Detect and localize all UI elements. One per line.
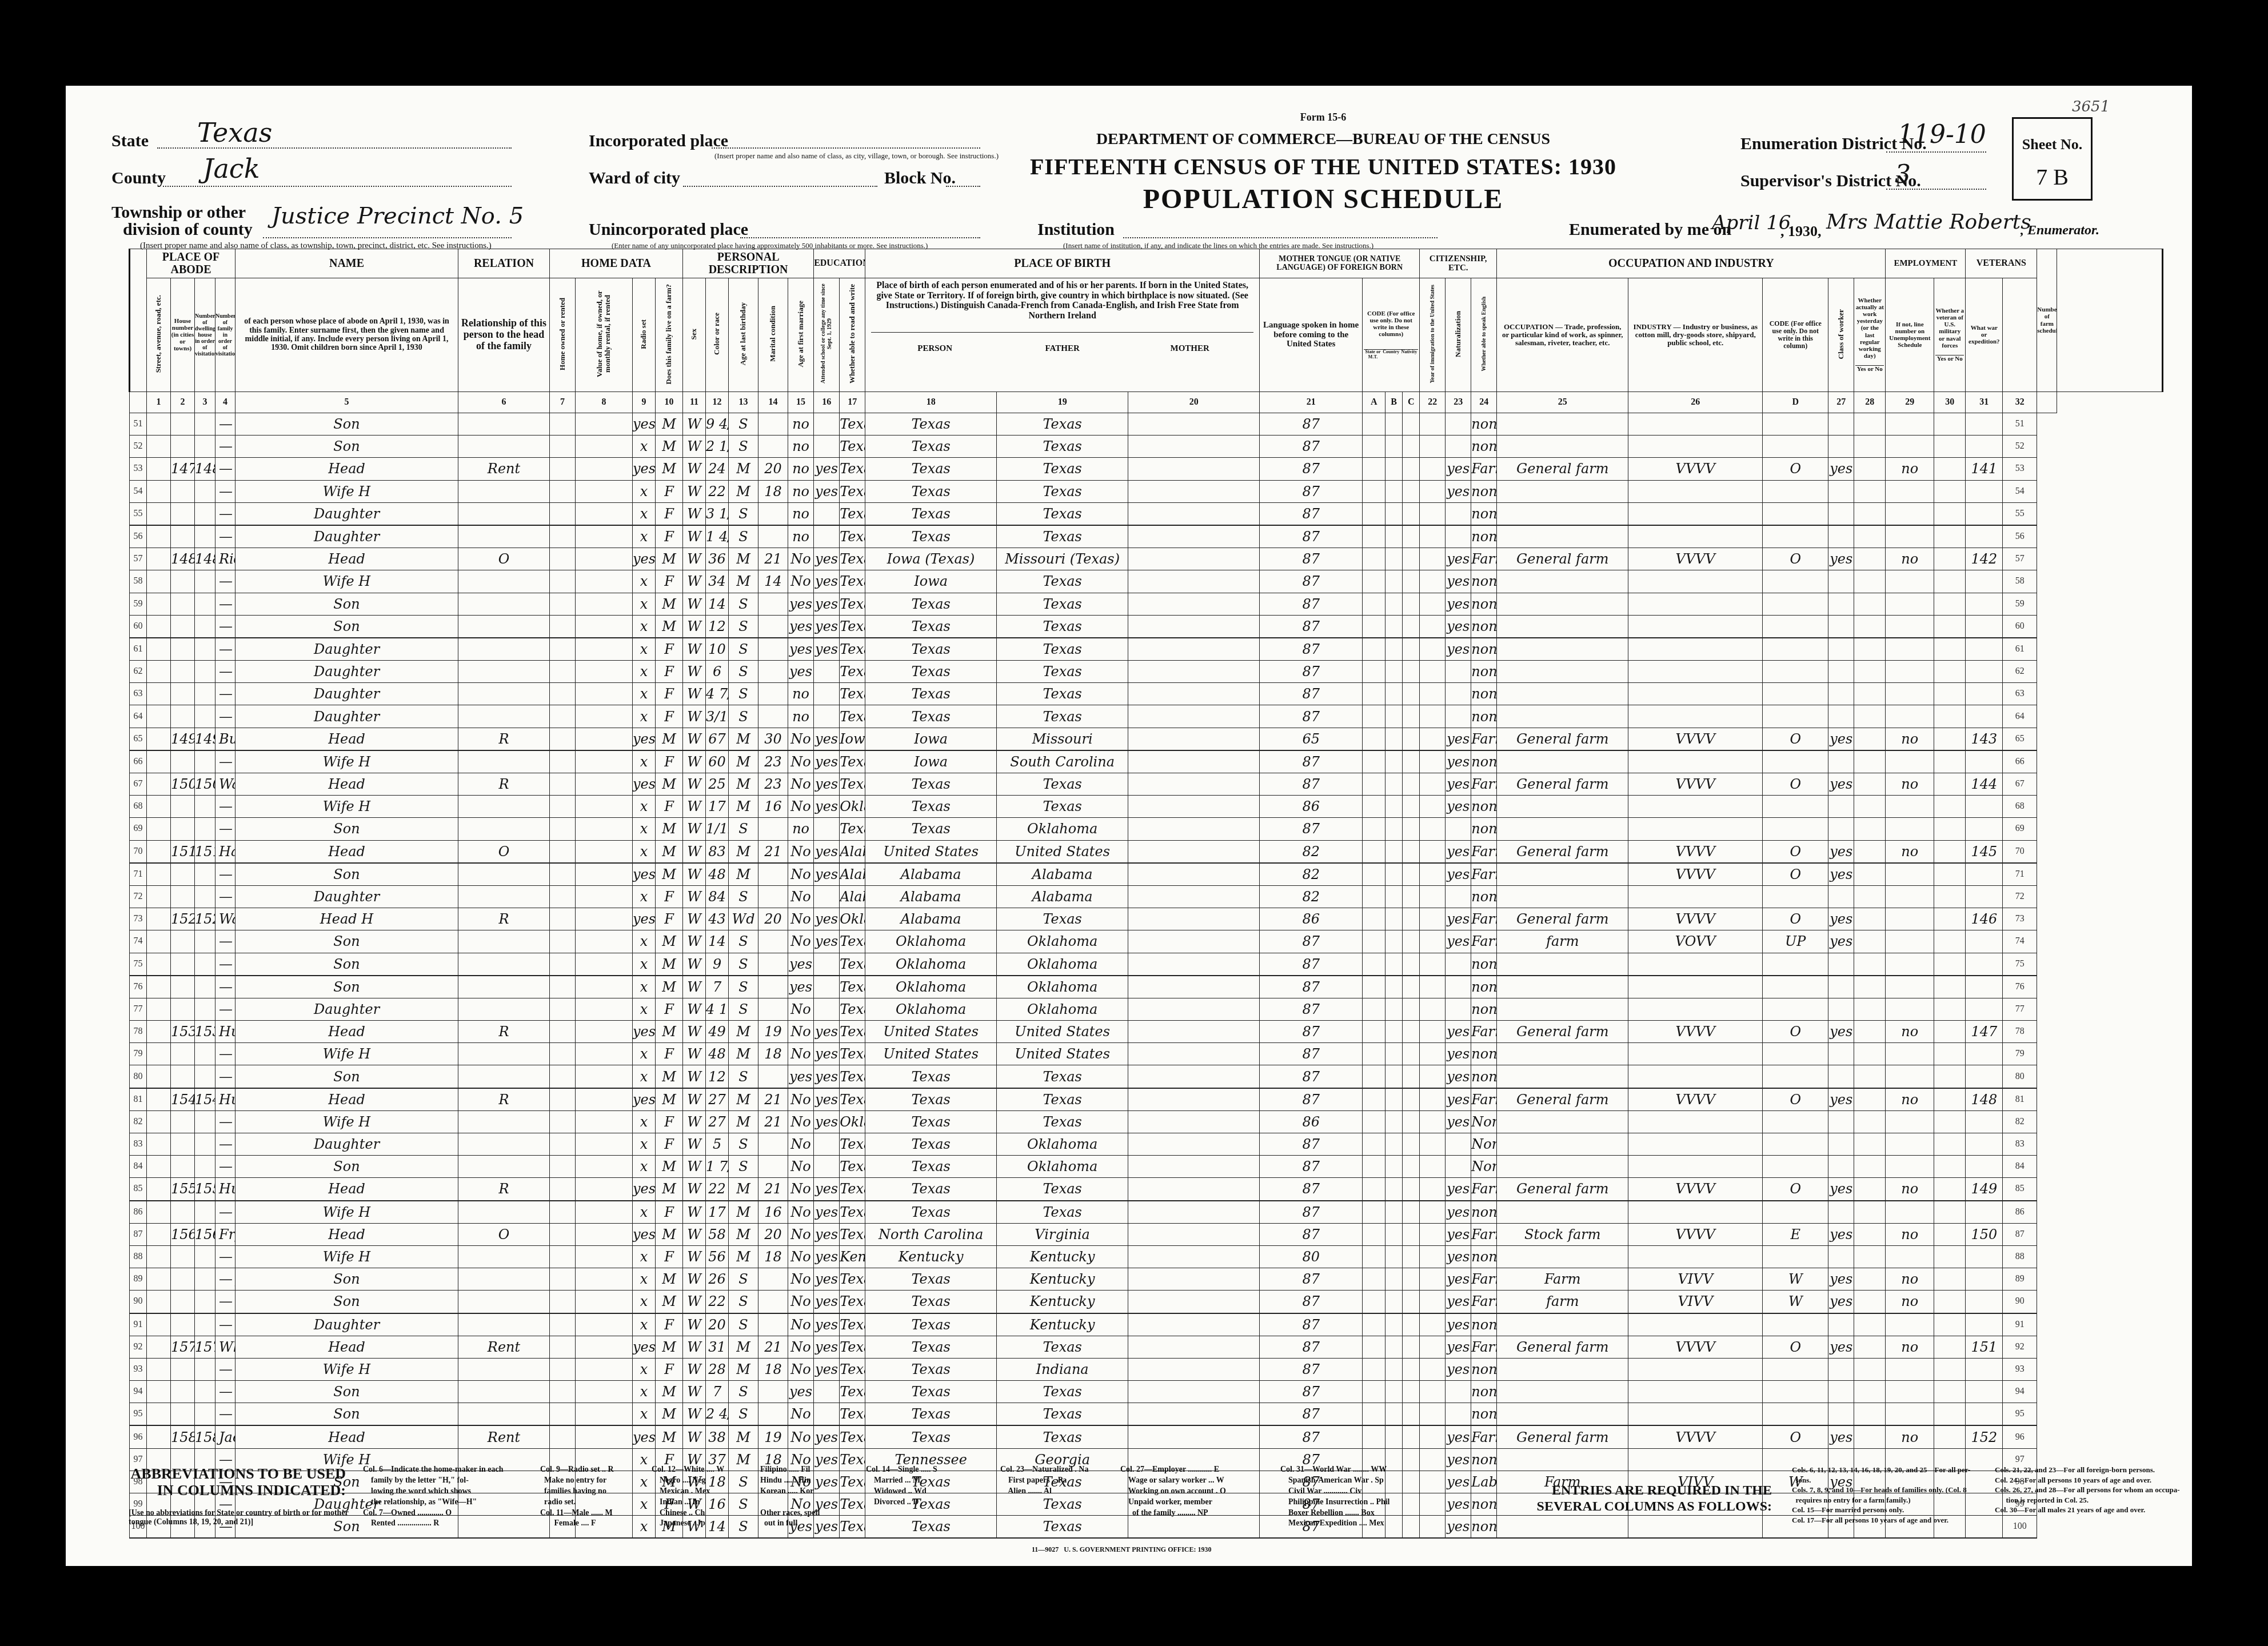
person-name: Harris Clay V — [215, 840, 235, 863]
lives-on-farm: x — [633, 1133, 656, 1156]
sex: M — [656, 548, 683, 570]
marital-status: M — [729, 750, 758, 773]
table-row: 89— JimSonxMW26SNoyesTexasTexasKentucky8… — [130, 1268, 2163, 1291]
lives-on-farm: x — [633, 615, 656, 638]
home-tenure — [458, 1403, 550, 1426]
marital-status: S — [729, 1403, 758, 1426]
birthplace-father: Texas — [865, 1088, 997, 1111]
state-code: 65 — [1260, 728, 1363, 750]
veteran — [1886, 885, 1934, 908]
empty-cell — [1420, 1291, 1446, 1313]
sex: F — [656, 661, 683, 683]
industry — [1497, 1245, 1628, 1268]
lives-on-farm: x — [633, 638, 656, 661]
birthplace-father: Texas — [865, 436, 997, 458]
state-code: 87 — [1260, 1358, 1363, 1380]
at-work: yes — [1828, 1178, 1854, 1201]
empty-cell — [1403, 818, 1420, 840]
occupation: Farmer — [1471, 863, 1497, 886]
empty-cell — [1420, 1358, 1446, 1380]
column-number-row: 123456789101112131415161718192021ABC2223… — [130, 392, 2163, 413]
empty-cell — [1128, 1313, 1260, 1336]
relation: Head — [235, 1088, 458, 1111]
empty-cell — [1420, 1516, 1446, 1539]
empty-cell — [1385, 818, 1403, 840]
empty-cell — [550, 728, 576, 750]
speaks-english: yes — [1446, 840, 1471, 863]
empty-cell — [1420, 683, 1446, 705]
table-row: 75— JohnSonxMW9SyesTexasOklahomaOklahoma… — [130, 953, 2163, 976]
industry — [1497, 750, 1628, 773]
attended-school: No — [788, 1245, 814, 1268]
birthplace-father: Texas — [865, 1110, 997, 1133]
class-of-worker — [1763, 661, 1828, 683]
empty-cell — [147, 1291, 171, 1313]
empty-cell — [1403, 1156, 1420, 1178]
empty-cell — [1934, 480, 1966, 502]
empty-cell — [147, 1223, 171, 1245]
relation: Son — [235, 1381, 458, 1403]
veteran — [1886, 908, 1934, 930]
age: 7 — [706, 976, 729, 998]
birthplace-mother: Oklahoma — [997, 818, 1128, 840]
lives-on-farm: yes — [633, 1088, 656, 1111]
empty-cell — [1420, 1448, 1446, 1471]
speaks-english: yes — [1446, 548, 1471, 570]
col-num-blank-right — [2037, 392, 2057, 413]
person-name: — Pauline — [215, 1313, 235, 1336]
empty-cell — [1385, 908, 1403, 930]
speaks-english: yes — [1446, 1471, 1471, 1493]
empty-cell — [1403, 1043, 1420, 1065]
relation: Son — [235, 1403, 458, 1426]
marital-status: M — [729, 570, 758, 593]
at-work — [1828, 1156, 1854, 1178]
veteran: no — [1886, 773, 1934, 796]
occupation-code: VVVV — [1628, 548, 1763, 570]
veteran — [1886, 1133, 1934, 1156]
birthplace-mother: Oklahoma — [997, 1133, 1128, 1156]
relation: Daughter — [235, 1313, 458, 1336]
class-of-worker — [1763, 750, 1828, 773]
race: W — [683, 615, 706, 638]
person-name: Huffman William E — [215, 1021, 235, 1043]
class-of-worker — [1763, 705, 1828, 728]
class-of-worker: O — [1763, 1021, 1828, 1043]
empty-cell — [1363, 863, 1385, 886]
relation: Daughter — [235, 705, 458, 728]
age-first-marriage — [758, 1133, 788, 1156]
dwelling-number — [171, 1245, 195, 1268]
relation: Head — [235, 1178, 458, 1201]
veteran — [1886, 930, 1934, 953]
race: W — [683, 1156, 706, 1178]
family-number — [195, 1381, 215, 1403]
empty-cell — [1934, 818, 1966, 840]
veteran — [1886, 818, 1934, 840]
occupation-code — [1628, 998, 1763, 1020]
empty-cell — [1934, 525, 1966, 548]
empty-cell — [1403, 593, 1420, 615]
empty-cell — [1403, 773, 1420, 796]
family-number — [195, 818, 215, 840]
line-number-right: 88 — [2003, 1245, 2037, 1268]
home-tenure — [458, 796, 550, 818]
empty-cell — [1420, 1245, 1446, 1268]
state-code: 87 — [1260, 1381, 1363, 1403]
home-tenure — [458, 1133, 550, 1156]
occupation: Farmer — [1471, 458, 1497, 480]
line-number: 57 — [130, 548, 147, 570]
relation: Head — [235, 773, 458, 796]
marital-status: M — [729, 863, 758, 886]
farm-schedule-number — [1966, 638, 2003, 661]
age-first-marriage — [758, 525, 788, 548]
race: W — [683, 1201, 706, 1224]
family-number: 148 — [195, 458, 215, 480]
marital-status: S — [729, 1268, 758, 1291]
attended-school: No — [788, 1358, 814, 1380]
state-label: State — [111, 131, 149, 151]
header-c6: Relationship of this person to the head … — [458, 278, 550, 392]
marital-status: M — [729, 1021, 758, 1043]
sex: M — [656, 1088, 683, 1111]
table-row: 74— AndrewSonxMW14SNoyesTexasOklahomaOkl… — [130, 930, 2163, 953]
attended-school: No — [788, 548, 814, 570]
can-read-write: yes — [814, 1313, 840, 1336]
line-number: 76 — [130, 976, 147, 998]
race: W — [683, 1313, 706, 1336]
birthplace-father: Iowa — [865, 570, 997, 593]
column-number: 2 — [171, 392, 195, 413]
occupation-code: VVVV — [1628, 1336, 1763, 1358]
dwelling-number: 157 — [171, 1336, 195, 1358]
empty-cell — [1934, 683, 1966, 705]
occupation-code — [1628, 436, 1763, 458]
speaks-english: yes — [1446, 1516, 1471, 1539]
at-work — [1828, 750, 1854, 773]
age-first-marriage: 19 — [758, 1425, 788, 1448]
empty-cell — [147, 998, 171, 1020]
column-number: C — [1403, 392, 1420, 413]
lives-on-farm: x — [633, 593, 656, 615]
home-tenure: Rent — [458, 1425, 550, 1448]
birthplace-mother: United States — [997, 1021, 1128, 1043]
home-tenure — [458, 1291, 550, 1313]
farm-schedule-number: 143 — [1966, 728, 2003, 750]
dwelling-number — [171, 1403, 195, 1426]
line-number-right: 92 — [2003, 1336, 2037, 1358]
header-birth-note: Place of birth of each person enumerated… — [865, 278, 1260, 392]
empty-cell — [1363, 1110, 1385, 1133]
line-number-right: 66 — [2003, 750, 2037, 773]
attended-school: No — [788, 1021, 814, 1043]
group-place-of-birth: PLACE OF BIRTH — [865, 249, 1260, 278]
dwelling-number: 158 — [171, 1425, 195, 1448]
empty-cell — [147, 908, 171, 930]
dwelling-number — [171, 570, 195, 593]
at-work — [1828, 1065, 1854, 1088]
empty-cell — [147, 1313, 171, 1336]
empty-cell — [147, 525, 171, 548]
farm-schedule-number — [1966, 683, 2003, 705]
empty-cell — [1403, 1493, 1420, 1516]
empty-cell — [1385, 1223, 1403, 1245]
empty-cell — [1128, 1403, 1260, 1426]
empty-cell — [1363, 525, 1385, 548]
sex: M — [656, 773, 683, 796]
age: 48 — [706, 863, 729, 886]
class-of-worker — [1763, 593, 1828, 615]
speaks-english: yes — [1446, 1110, 1471, 1133]
birthplace-person: Texas — [840, 1516, 865, 1539]
class-of-worker: E — [1763, 1223, 1828, 1245]
occupation-code — [1628, 750, 1763, 773]
header-c15: Age at first marriage — [788, 278, 814, 392]
column-number: 24 — [1471, 392, 1497, 413]
industry — [1497, 661, 1628, 683]
birthplace-father: Texas — [865, 1403, 997, 1426]
speaks-english: yes — [1446, 1021, 1471, 1043]
class-of-worker — [1763, 1201, 1828, 1224]
empty-cell — [1934, 1110, 1966, 1133]
empty-cell — [1420, 885, 1446, 908]
line-number: 64 — [130, 705, 147, 728]
attended-school: No — [788, 1156, 814, 1178]
line-number-right: 71 — [2003, 863, 2037, 886]
marital-status: M — [729, 1336, 758, 1358]
sex: F — [656, 998, 683, 1020]
birthplace-mother: Texas — [997, 1516, 1128, 1539]
industry: General farm — [1497, 1178, 1628, 1201]
empty-cell — [550, 1425, 576, 1448]
sex: M — [656, 593, 683, 615]
table-row: 66— BlancheWife HxFW60M23NoyesTexasIowaS… — [130, 750, 2163, 773]
occupation-code — [1628, 1133, 1763, 1156]
occupation-code: VVVV — [1628, 728, 1763, 750]
speaks-english: yes — [1446, 1268, 1471, 1291]
class-of-worker — [1763, 638, 1828, 661]
dwelling-number — [171, 705, 195, 728]
at-work — [1828, 593, 1854, 615]
group-veterans: VETERANS — [1966, 249, 2037, 278]
can-read-write — [814, 1381, 840, 1403]
empty-cell — [1854, 885, 1886, 908]
birthplace-father: Texas — [865, 796, 997, 818]
empty-cell — [1854, 661, 1886, 683]
column-number: 9 — [633, 392, 656, 413]
line-number: 77 — [130, 998, 147, 1020]
empty-cell — [1934, 1336, 1966, 1358]
family-number: 156 — [195, 1223, 215, 1245]
attended-school: no — [788, 458, 814, 480]
family-number — [195, 953, 215, 976]
veteran — [1886, 750, 1934, 773]
empty-cell — [147, 818, 171, 840]
empty-cell — [550, 1291, 576, 1313]
table-row: 91— PaulineDaughterxFW20SNoyesTexasTexas… — [130, 1313, 2163, 1336]
empty-cell — [550, 525, 576, 548]
dwelling-number — [171, 1291, 195, 1313]
state-code: 87 — [1260, 1156, 1363, 1178]
veteran — [1886, 570, 1934, 593]
family-number — [195, 1201, 215, 1224]
sex: F — [656, 885, 683, 908]
line-number-right: 57 — [2003, 548, 2037, 570]
state-code: 87 — [1260, 1043, 1363, 1065]
home-tenure — [458, 615, 550, 638]
empty-cell — [576, 1268, 633, 1291]
line-number: 70 — [130, 840, 147, 863]
birthplace-mother: Oklahoma — [997, 1156, 1128, 1178]
state-code: 87 — [1260, 413, 1363, 436]
relation: Son — [235, 436, 458, 458]
person-name: — Berle D — [215, 1156, 235, 1178]
empty-cell — [576, 796, 633, 818]
age-first-marriage — [758, 976, 788, 998]
marital-status: S — [729, 413, 758, 436]
empty-cell — [147, 1381, 171, 1403]
empty-cell — [1385, 885, 1403, 908]
header-c2: House number (in cities or towns) — [171, 278, 195, 392]
speaks-english: yes — [1446, 1178, 1471, 1201]
birthplace-mother: Texas — [997, 525, 1128, 548]
occupation: Farm Laborer — [1471, 1268, 1497, 1291]
veteran — [1886, 502, 1934, 525]
empty-cell — [1403, 885, 1420, 908]
sex: F — [656, 1358, 683, 1380]
line-number-right: 63 — [2003, 683, 2037, 705]
birthplace-person: Alabama — [840, 885, 865, 908]
race: W — [683, 728, 706, 750]
relation: Son — [235, 1268, 458, 1291]
attended-school: yes — [788, 638, 814, 661]
dwelling-number — [171, 998, 195, 1020]
birthplace-mother: Texas — [997, 1110, 1128, 1133]
industry — [1497, 796, 1628, 818]
can-read-write — [814, 953, 840, 976]
farm-schedule-number — [1966, 930, 2003, 953]
person-name: Fry George L — [215, 1223, 235, 1245]
class-of-worker: O — [1763, 1178, 1828, 1201]
lives-on-farm: x — [633, 953, 656, 976]
line-number-right: 86 — [2003, 1201, 2037, 1224]
empty-cell — [576, 1065, 633, 1088]
birthplace-mother: Texas — [997, 638, 1128, 661]
sex: M — [656, 953, 683, 976]
speaks-english: yes — [1446, 1448, 1471, 1471]
birthplace-person: Texas — [840, 1448, 865, 1471]
line-number-right: 95 — [2003, 1403, 2037, 1426]
home-tenure — [458, 750, 550, 773]
lives-on-farm: yes — [633, 728, 656, 750]
farm-schedule-number — [1966, 502, 2003, 525]
blank-col-right — [2057, 249, 2163, 392]
sex: F — [656, 796, 683, 818]
home-tenure: R — [458, 728, 550, 750]
birthplace-person: Texas — [840, 615, 865, 638]
marital-status: M — [729, 480, 758, 502]
sex: F — [656, 705, 683, 728]
empty-cell — [1403, 1291, 1420, 1313]
birthplace-person: Texas — [840, 773, 865, 796]
empty-cell — [550, 593, 576, 615]
dwelling-number: 154 — [171, 1088, 195, 1111]
race: W — [683, 480, 706, 502]
empty-cell — [1934, 1043, 1966, 1065]
person-name: — Donald D — [215, 1403, 235, 1426]
age-first-marriage — [758, 1403, 788, 1426]
empty-cell — [1420, 1268, 1446, 1291]
empty-cell — [1363, 1088, 1385, 1111]
empty-cell — [1385, 570, 1403, 593]
empty-cell — [1385, 930, 1403, 953]
speaks-english: yes — [1446, 1223, 1471, 1245]
column-number: 11 — [683, 392, 706, 413]
empty-cell — [1363, 1178, 1385, 1201]
line-number: 66 — [130, 750, 147, 773]
empty-cell — [550, 773, 576, 796]
empty-cell — [1934, 458, 1966, 480]
header-c4: Number of family in order of visitation — [215, 278, 235, 392]
empty-cell — [1854, 638, 1886, 661]
veteran — [1886, 480, 1934, 502]
occupation: none — [1471, 885, 1497, 908]
empty-cell — [550, 1245, 576, 1268]
farm-schedule-number: 151 — [1966, 1336, 2003, 1358]
class-of-worker — [1763, 570, 1828, 593]
family-number — [195, 525, 215, 548]
sex: M — [656, 818, 683, 840]
can-read-write: yes — [814, 930, 840, 953]
empty-cell — [576, 638, 633, 661]
birthplace-father: Iowa — [865, 728, 997, 750]
empty-cell — [1420, 436, 1446, 458]
home-tenure — [458, 705, 550, 728]
age: 1/12 — [706, 818, 729, 840]
person-name: — George — [215, 976, 235, 998]
marital-status: S — [729, 1156, 758, 1178]
empty-cell — [1934, 1201, 1966, 1224]
township-value: Justice Precinct No. 5 — [271, 203, 524, 229]
age-first-marriage — [758, 1268, 788, 1291]
marital-status: S — [729, 930, 758, 953]
home-tenure — [458, 1358, 550, 1380]
class-of-worker — [1763, 1110, 1828, 1133]
empty-cell — [1934, 705, 1966, 728]
empty-cell — [576, 773, 633, 796]
dwelling-number — [171, 436, 195, 458]
farm-schedule-number — [1966, 1291, 2003, 1313]
farm-schedule-number — [1966, 661, 2003, 683]
empty-cell — [1128, 615, 1260, 638]
family-number — [195, 1291, 215, 1313]
header-c5: of each person whose place of abode on A… — [235, 278, 458, 392]
empty-cell — [1934, 930, 1966, 953]
occupation: None — [1471, 1156, 1497, 1178]
state-code: 87 — [1260, 1201, 1363, 1224]
can-read-write: yes — [814, 773, 840, 796]
birthplace-father: Texas — [865, 525, 997, 548]
sex: M — [656, 728, 683, 750]
can-read-write: yes — [814, 458, 840, 480]
state-code: 87 — [1260, 593, 1363, 615]
empty-cell — [1934, 548, 1966, 570]
entries-b: Cols. 21, 22, and 23—For all foreign-bor… — [1995, 1465, 2179, 1515]
line-number: 73 — [130, 908, 147, 930]
empty-cell — [147, 840, 171, 863]
veteran — [1886, 998, 1934, 1020]
